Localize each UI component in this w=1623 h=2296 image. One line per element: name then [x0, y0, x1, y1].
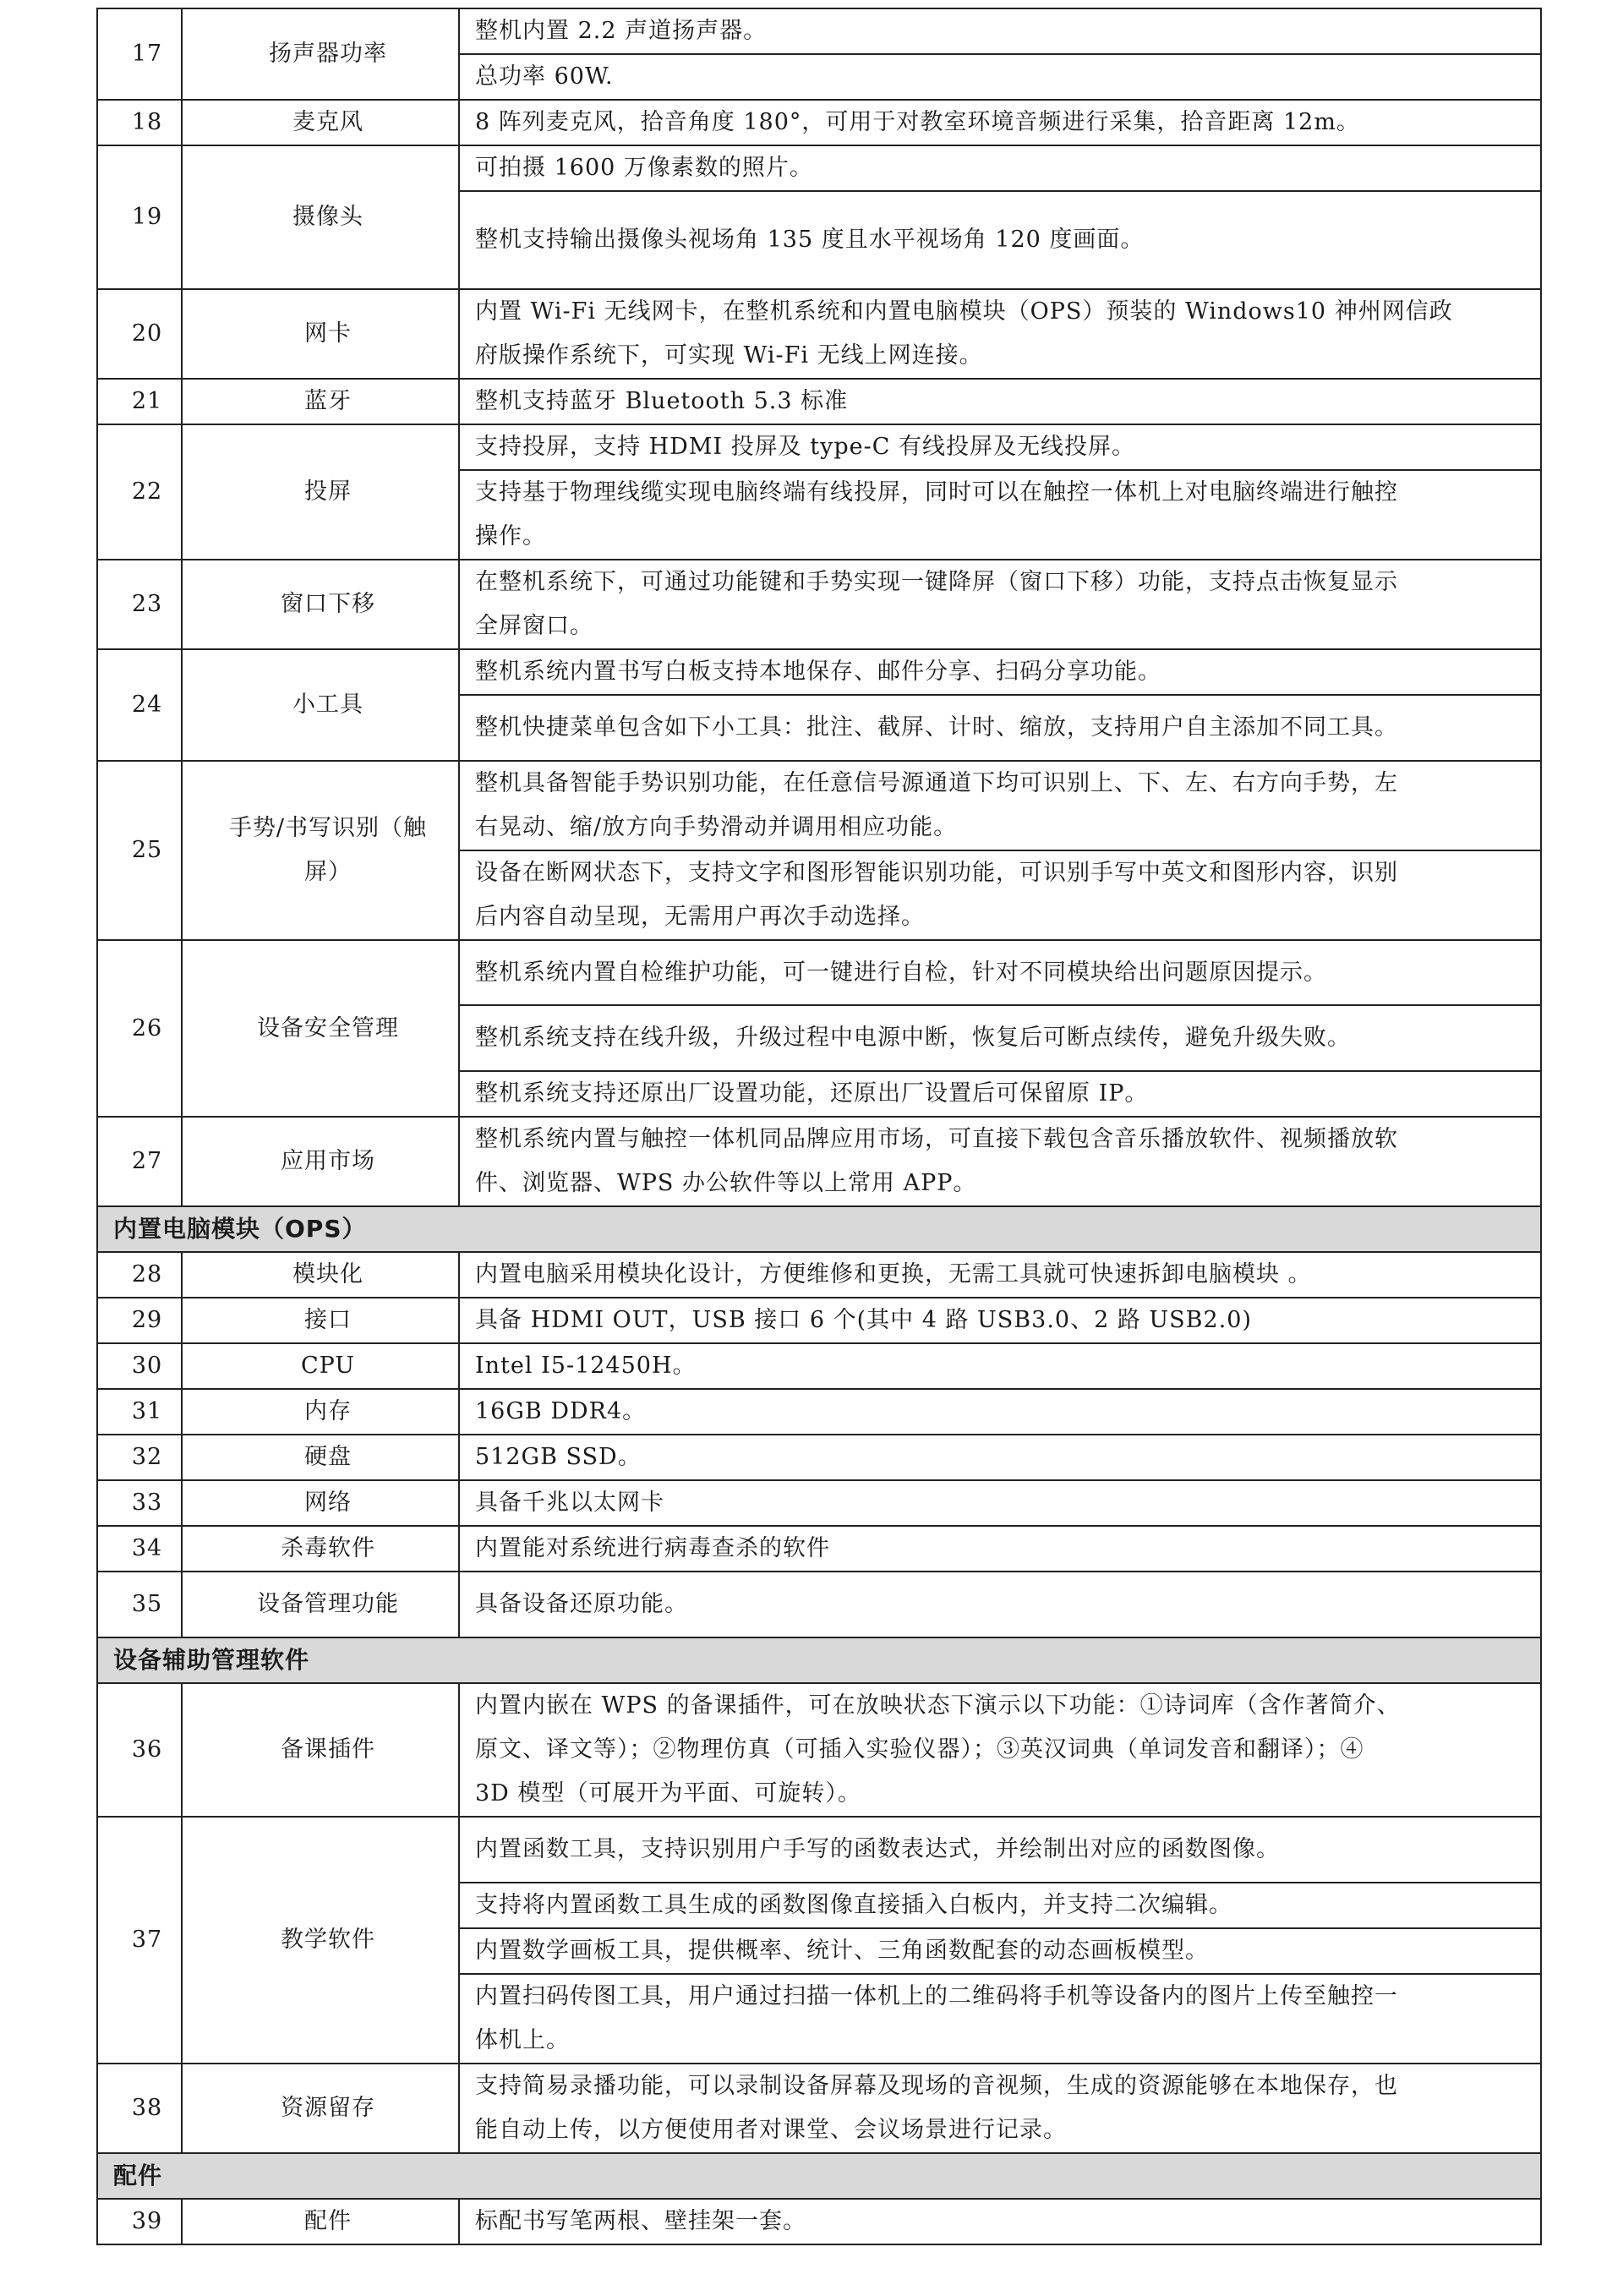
item-description: 内置电脑采用模块化设计，方便维修和更换，无需工具就可快速拆卸电脑模块 。 [459, 1252, 1541, 1298]
spec-table-body: 17扬声器功率整机内置 2.2 声道扬声器。总功率 60W.18麦克风8 阵列麦… [97, 8, 1541, 2244]
item-name: 摄像头 [182, 145, 459, 289]
table-row: 23窗口下移在整机系统下，可通过功能键和手势实现一键降屏（窗口下移）功能，支持点… [97, 560, 1541, 649]
item-description: 支持基于物理线缆实现电脑终端有线投屏，同时可以在触控一体机上对电脑终端进行触控 … [459, 470, 1541, 560]
item-name: CPU [182, 1343, 459, 1389]
table-row: 27应用市场整机系统内置与触控一体机同品牌应用市场，可直接下载包含音乐播放软件、… [97, 1117, 1541, 1206]
item-description: 8 阵列麦克风，拾音角度 180°，可用于对教室环境音频进行采集，拾音距离 12… [459, 100, 1541, 145]
item-description: 具备千兆以太网卡 [459, 1480, 1541, 1526]
item-description: 具备 HDMI OUT，USB 接口 6 个(其中 4 路 USB3.0、2 路… [459, 1298, 1541, 1343]
item-description: 支持投屏，支持 HDMI 投屏及 type-C 有线投屏及无线投屏。 [459, 424, 1541, 470]
item-name: 资源留存 [182, 2064, 459, 2153]
item-name: 麦克风 [182, 100, 459, 145]
item-number: 19 [97, 145, 182, 289]
item-number: 21 [97, 379, 182, 424]
item-number: 28 [97, 1252, 182, 1298]
item-description: Intel I5-12450H。 [459, 1343, 1541, 1389]
table-row: 21蓝牙整机支持蓝牙 Bluetooth 5.3 标准 [97, 379, 1541, 424]
spec-table: 17扬声器功率整机内置 2.2 声道扬声器。总功率 60W.18麦克风8 阵列麦… [96, 8, 1542, 2245]
item-description: 整机支持输出摄像头视场角 135 度且水平视场角 120 度画面。 [459, 191, 1541, 289]
table-row: 17扬声器功率整机内置 2.2 声道扬声器。 [97, 8, 1541, 54]
item-name: 扬声器功率 [182, 8, 459, 100]
item-description: 内置内嵌在 WPS 的备课插件，可在放映状态下演示以下功能：①诗词库（含作著简介… [459, 1683, 1541, 1817]
table-row: 34杀毒软件内置能对系统进行病毒查杀的软件 [97, 1526, 1541, 1572]
item-description: 内置数学画板工具，提供概率、统计、三角函数配套的动态画板模型。 [459, 1928, 1541, 1974]
item-description: 16GB DDR4。 [459, 1389, 1541, 1435]
item-description: 512GB SSD。 [459, 1435, 1541, 1480]
item-name: 设备安全管理 [182, 940, 459, 1117]
item-name: 硬盘 [182, 1435, 459, 1480]
item-name: 备课插件 [182, 1683, 459, 1817]
item-name: 配件 [182, 2199, 459, 2244]
item-description: 整机系统内置与触控一体机同品牌应用市场，可直接下载包含音乐播放软件、视频播放软 … [459, 1117, 1541, 1206]
item-number: 17 [97, 8, 182, 100]
item-number: 30 [97, 1343, 182, 1389]
table-row: 39配件标配书写笔两根、壁挂架一套。 [97, 2199, 1541, 2244]
table-row: 28模块化内置电脑采用模块化设计，方便维修和更换，无需工具就可快速拆卸电脑模块 … [97, 1252, 1541, 1298]
item-number: 29 [97, 1298, 182, 1343]
item-description: 总功率 60W. [459, 54, 1541, 100]
item-number: 24 [97, 649, 182, 761]
item-name: 设备管理功能 [182, 1572, 459, 1637]
item-number: 33 [97, 1480, 182, 1526]
item-description: 支持将内置函数工具生成的函数图像直接插入白板内，并支持二次编辑。 [459, 1883, 1541, 1928]
item-name: 接口 [182, 1298, 459, 1343]
section-title: 内置电脑模块（OPS） [97, 1206, 1541, 1252]
item-number: 31 [97, 1389, 182, 1435]
item-description: 整机系统内置自检维护功能，可一键进行自检，针对不同模块给出问题原因提示。 [459, 940, 1541, 1005]
table-row: 31内存16GB DDR4。 [97, 1389, 1541, 1435]
table-row: 36备课插件内置内嵌在 WPS 的备课插件，可在放映状态下演示以下功能：①诗词库… [97, 1683, 1541, 1817]
item-description: 整机内置 2.2 声道扬声器。 [459, 8, 1541, 54]
item-name: 网络 [182, 1480, 459, 1526]
table-row: 32硬盘512GB SSD。 [97, 1435, 1541, 1480]
table-row: 25手势/书写识别（触 屏）整机具备智能手势识别功能，在任意信号源通道下均可识别… [97, 761, 1541, 850]
table-row: 38资源留存支持简易录播功能，可以录制设备屏幕及现场的音视频，生成的资源能够在本… [97, 2064, 1541, 2153]
item-number: 25 [97, 761, 182, 940]
item-description: 具备设备还原功能。 [459, 1572, 1541, 1637]
item-number: 18 [97, 100, 182, 145]
section-title: 配件 [97, 2153, 1541, 2199]
table-row: 22投屏支持投屏，支持 HDMI 投屏及 type-C 有线投屏及无线投屏。 [97, 424, 1541, 470]
item-description: 整机快捷菜单包含如下小工具：批注、截屏、计时、缩放，支持用户自主添加不同工具。 [459, 695, 1541, 761]
item-number: 36 [97, 1683, 182, 1817]
table-row: 30CPUIntel I5-12450H。 [97, 1343, 1541, 1389]
item-number: 35 [97, 1572, 182, 1637]
item-name: 杀毒软件 [182, 1526, 459, 1572]
item-description: 在整机系统下，可通过功能键和手势实现一键降屏（窗口下移）功能，支持点击恢复显示 … [459, 560, 1541, 649]
table-row: 24小工具整机系统内置书写白板支持本地保存、邮件分享、扫码分享功能。 [97, 649, 1541, 695]
table-row: 33网络具备千兆以太网卡 [97, 1480, 1541, 1526]
item-description: 标配书写笔两根、壁挂架一套。 [459, 2199, 1541, 2244]
item-description: 内置 Wi-Fi 无线网卡，在整机系统和内置电脑模块（OPS）预装的 Windo… [459, 289, 1541, 379]
table-row: 29接口具备 HDMI OUT，USB 接口 6 个(其中 4 路 USB3.0… [97, 1298, 1541, 1343]
item-description: 内置扫码传图工具，用户通过扫描一体机上的二维码将手机等设备内的图片上传至触控一 … [459, 1974, 1541, 2064]
table-row: 37教学软件内置函数工具，支持识别用户手写的函数表达式，并绘制出对应的函数图像。 [97, 1817, 1541, 1883]
item-number: 27 [97, 1117, 182, 1206]
item-description: 设备在断网状态下，支持文字和图形智能识别功能，可识别手写中英文和图形内容，识别 … [459, 850, 1541, 940]
item-description: 整机系统支持在线升级，升级过程中电源中断，恢复后可断点续传，避免升级失败。 [459, 1005, 1541, 1071]
item-number: 22 [97, 424, 182, 560]
item-description: 支持简易录播功能，可以录制设备屏幕及现场的音视频，生成的资源能够在本地保存，也 … [459, 2064, 1541, 2153]
item-number: 20 [97, 289, 182, 379]
item-number: 32 [97, 1435, 182, 1480]
section-header: 内置电脑模块（OPS） [97, 1206, 1541, 1252]
table-row: 35设备管理功能具备设备还原功能。 [97, 1572, 1541, 1637]
item-number: 37 [97, 1817, 182, 2064]
section-header: 配件 [97, 2153, 1541, 2199]
item-description: 整机系统支持还原出厂设置功能，还原出厂设置后可保留原 IP。 [459, 1071, 1541, 1117]
item-name: 模块化 [182, 1252, 459, 1298]
table-row: 26设备安全管理整机系统内置自检维护功能，可一键进行自检，针对不同模块给出问题原… [97, 940, 1541, 1005]
table-row: 19摄像头可拍摄 1600 万像素数的照片。 [97, 145, 1541, 191]
table-row: 18麦克风8 阵列麦克风，拾音角度 180°，可用于对教室环境音频进行采集，拾音… [97, 100, 1541, 145]
section-header: 设备辅助管理软件 [97, 1637, 1541, 1683]
item-description: 内置能对系统进行病毒查杀的软件 [459, 1526, 1541, 1572]
item-description: 整机系统内置书写白板支持本地保存、邮件分享、扫码分享功能。 [459, 649, 1541, 695]
item-description: 可拍摄 1600 万像素数的照片。 [459, 145, 1541, 191]
item-number: 39 [97, 2199, 182, 2244]
item-name: 网卡 [182, 289, 459, 379]
section-title: 设备辅助管理软件 [97, 1637, 1541, 1683]
item-description: 内置函数工具，支持识别用户手写的函数表达式，并绘制出对应的函数图像。 [459, 1817, 1541, 1883]
item-description: 整机支持蓝牙 Bluetooth 5.3 标准 [459, 379, 1541, 424]
item-number: 23 [97, 560, 182, 649]
item-name: 手势/书写识别（触 屏） [182, 761, 459, 940]
item-number: 34 [97, 1526, 182, 1572]
item-number: 26 [97, 940, 182, 1117]
item-name: 内存 [182, 1389, 459, 1435]
table-row: 20网卡内置 Wi-Fi 无线网卡，在整机系统和内置电脑模块（OPS）预装的 W… [97, 289, 1541, 379]
item-name: 蓝牙 [182, 379, 459, 424]
item-name: 投屏 [182, 424, 459, 560]
item-name: 教学软件 [182, 1817, 459, 2064]
item-description: 整机具备智能手势识别功能，在任意信号源通道下均可识别上、下、左、右方向手势，左 … [459, 761, 1541, 850]
item-number: 38 [97, 2064, 182, 2153]
item-name: 小工具 [182, 649, 459, 761]
item-name: 窗口下移 [182, 560, 459, 649]
item-name: 应用市场 [182, 1117, 459, 1206]
